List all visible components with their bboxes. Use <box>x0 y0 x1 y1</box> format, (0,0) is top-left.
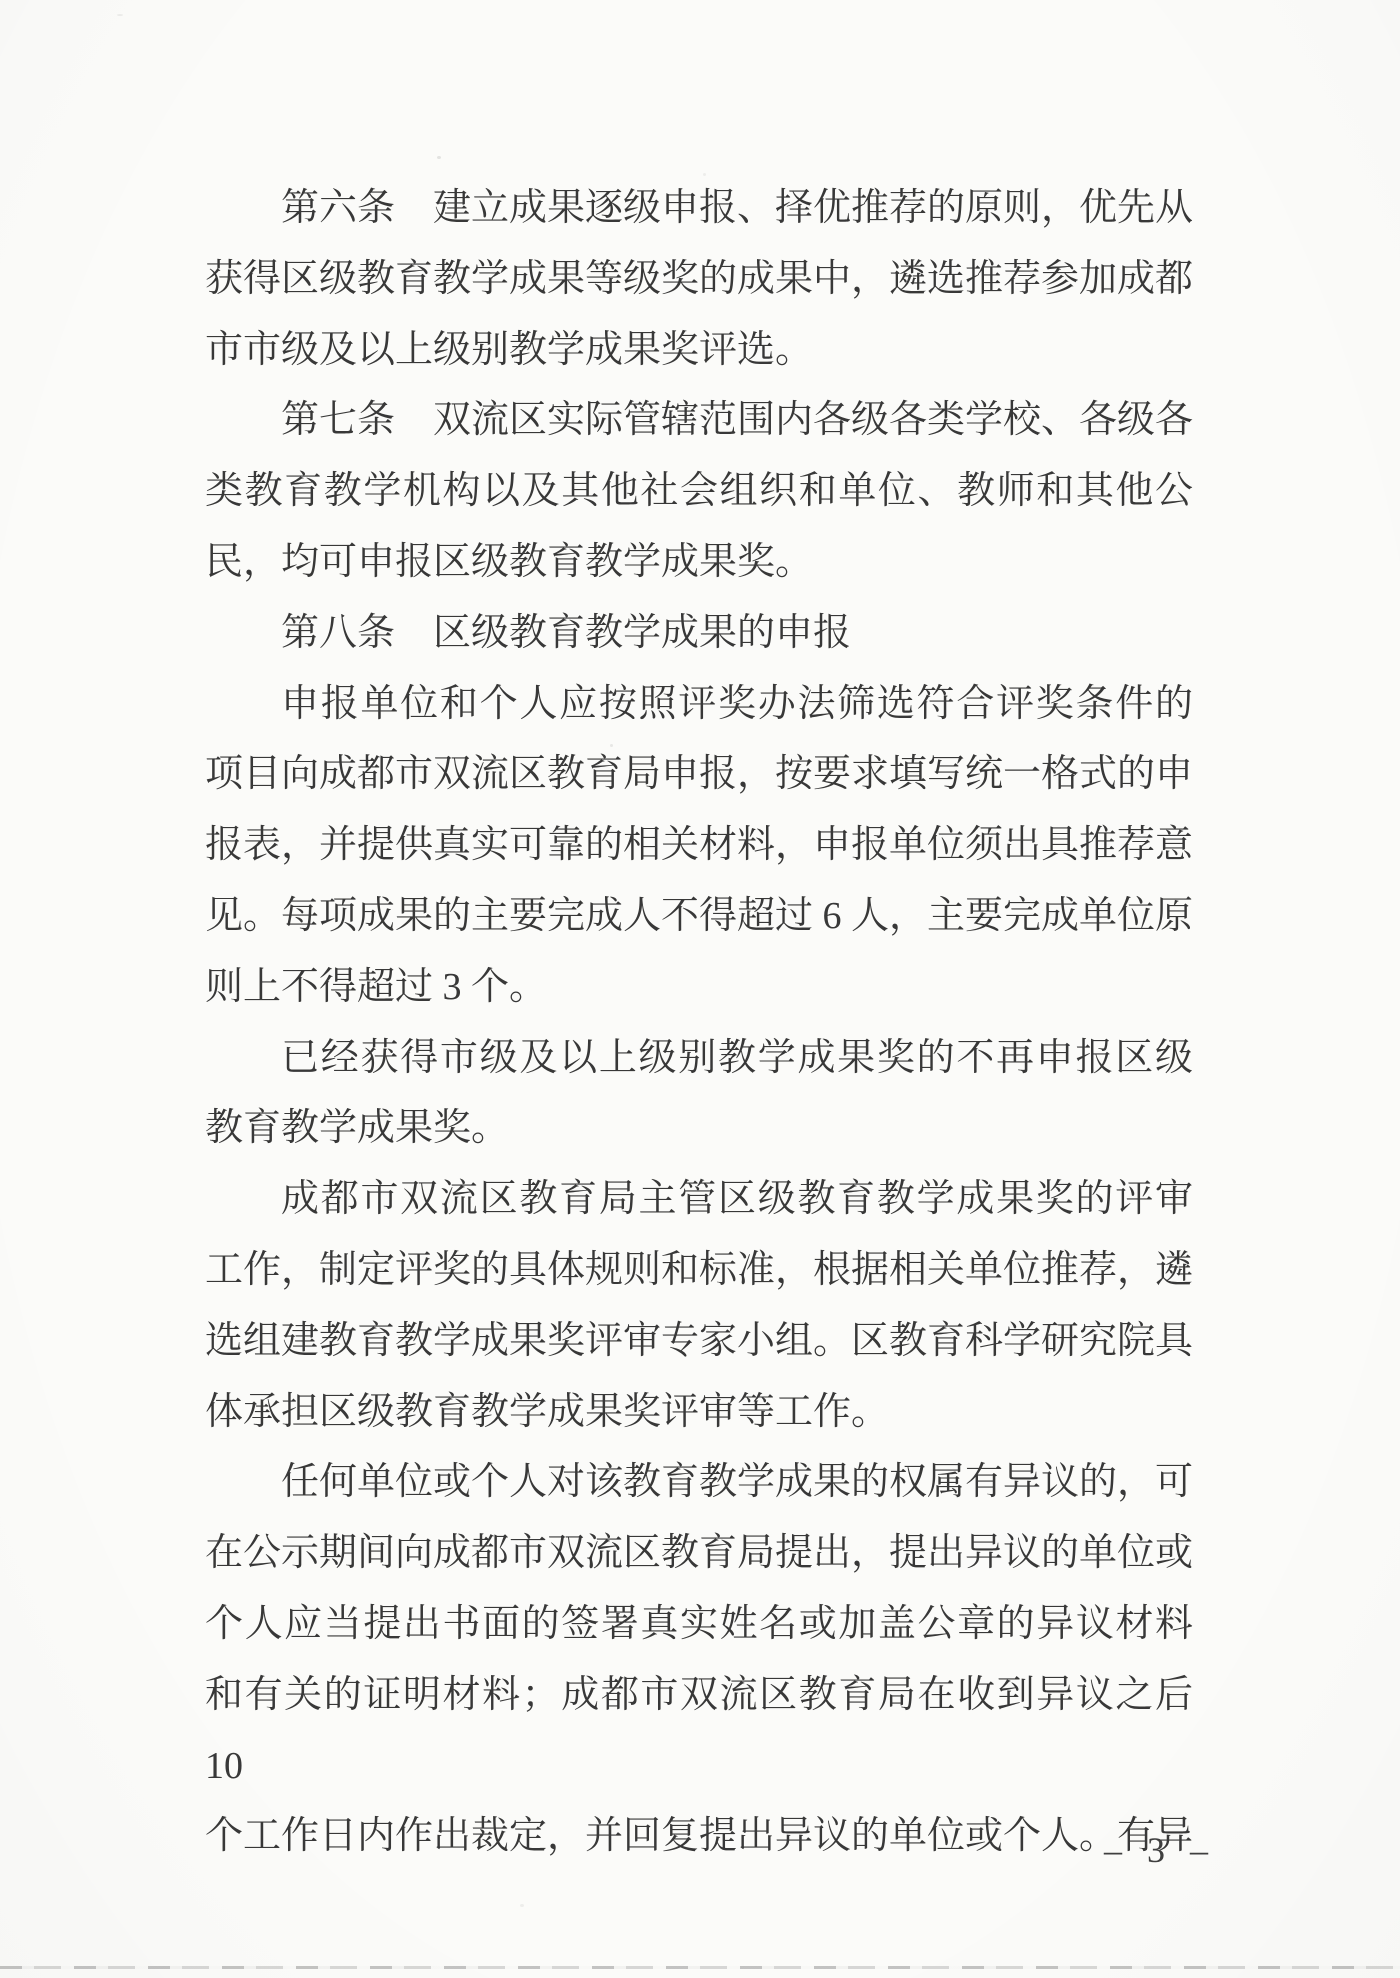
text-line: 第八条 区级教育教学成果的申报 <box>205 598 1193 669</box>
text-line: 则上不得超过 3 个。 <box>205 952 1193 1023</box>
text-line: 市市级及以上级别教学成果奖评选。 <box>205 315 1193 386</box>
text-line: 民，均可申报区级教育教学成果奖。 <box>205 527 1193 598</box>
text-line: 报表，并提供真实可靠的相关材料，申报单位须出具推荐意 <box>205 810 1193 881</box>
text-line: 体承担区级教育教学成果奖评审等工作。 <box>205 1377 1193 1448</box>
text-line: 第七条 双流区实际管辖范围内各级各类学校、各级各 <box>205 385 1193 456</box>
scan-artifact-bottom-line <box>0 1966 1400 1969</box>
scan-artifact-speck <box>703 173 706 176</box>
text-line: 个工作日内作出裁定，并回复提出异议的单位或个人。有异 <box>205 1801 1193 1872</box>
text-line: 任何单位或个人对该教育教学成果的权属有异议的，可 <box>205 1447 1193 1518</box>
text-line: 获得区级教育教学成果等级奖的成果中，遴选推荐参加成都 <box>205 244 1193 315</box>
text-line: 已经获得市级及以上级别教学成果奖的不再申报区级 <box>205 1023 1193 1094</box>
text-line: 见。每项成果的主要完成人不得超过 6 人，主要完成单位原 <box>205 881 1193 952</box>
text-line: 成都市双流区教育局主管区级教育教学成果奖的评审 <box>205 1164 1193 1235</box>
document-text-block: 第六条 建立成果逐级申报、择优推荐的原则，优先从 获得区级教育教学成果等级奖的成… <box>205 173 1193 1872</box>
scan-artifact-speck <box>437 156 441 159</box>
text-line: 在公示期间向成都市双流区教育局提出，提出异议的单位或 <box>205 1518 1193 1589</box>
text-line: 类教育教学机构以及其他社会组织和单位、教师和其他公 <box>205 456 1193 527</box>
scan-artifact-speck <box>610 744 613 747</box>
text-line: 教育教学成果奖。 <box>205 1093 1193 1164</box>
text-line: 第六条 建立成果逐级申报、择优推荐的原则，优先从 <box>205 173 1193 244</box>
text-line: 工作，制定评奖的具体规则和标准，根据相关单位推荐，遴 <box>205 1235 1193 1306</box>
text-line: 个人应当提出书面的签署真实姓名或加盖公章的异议材料 <box>205 1589 1193 1660</box>
text-line: 选组建教育教学成果奖评审专家小组。区教育科学研究院具 <box>205 1306 1193 1377</box>
text-line: 和有关的证明材料；成都市双流区教育局在收到异议之后 10 <box>205 1660 1193 1802</box>
scanned-document-page: 第六条 建立成果逐级申报、择优推荐的原则，优先从 获得区级教育教学成果等级奖的成… <box>0 0 1400 1978</box>
page-number: – 3 – <box>1104 1826 1212 1874</box>
scan-artifact-speck <box>117 14 123 16</box>
text-line: 项目向成都市双流区教育局申报，按要求填写统一格式的申 <box>205 739 1193 810</box>
scan-artifact-speck <box>520 1904 524 1907</box>
text-line: 申报单位和个人应按照评奖办法筛选符合评奖条件的 <box>205 669 1193 740</box>
